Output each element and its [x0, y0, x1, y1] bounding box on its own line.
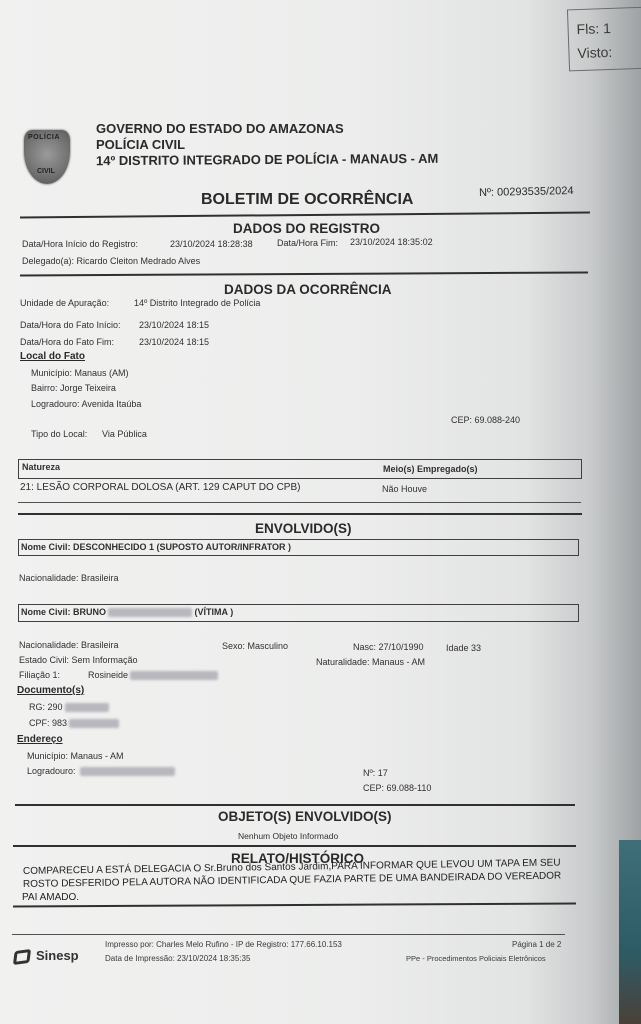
local-fato-heading: Local do Fato	[20, 351, 85, 362]
footer-impresso: Impresso por: Charles Melo Rufino - IP d…	[105, 940, 342, 949]
natureza-header: Natureza	[22, 462, 60, 472]
redacted-rg	[65, 703, 109, 712]
redacted-logradouro	[80, 767, 175, 776]
divider	[18, 502, 581, 503]
endereco-logradouro: Logradouro:	[27, 766, 175, 776]
meio-header: Meio(s) Empregado(s)	[383, 464, 478, 474]
local-logradouro: Logradouro: Avenida Itaúba	[31, 399, 141, 409]
envolvido-2-filiacao-label: Filiação 1:	[19, 670, 60, 680]
registro-delegado: Delegado(a): Ricardo Cleiton Medrado Alv…	[22, 256, 200, 266]
envolvido-1-name: Nome Civil: DESCONHECIDO 1 (SUPOSTO AUTO…	[21, 542, 291, 552]
local-municipio: Município: Manaus (AM)	[31, 368, 129, 378]
fato-inicio-label: Data/Hora do Fato Início:	[20, 320, 121, 330]
background-edge	[619, 840, 641, 1024]
unidade-label: Unidade de Apuração:	[20, 298, 109, 308]
endereco-numero: Nº: 17	[363, 768, 388, 778]
fato-inicio-value: 23/10/2024 18:15	[139, 320, 209, 330]
local-cep: CEP: 69.088-240	[451, 415, 520, 425]
envolvido-1-nacionalidade: Nacionalidade: Brasileira	[19, 573, 119, 583]
page-stamp: Fls: 1 Visto:	[567, 7, 641, 72]
section-title-registro: DADOS DO REGISTRO	[233, 221, 380, 236]
registro-inicio-value: 23/10/2024 18:28:38	[170, 239, 253, 249]
envolvido-2-estado-civil: Estado Civil: Sem Informação	[19, 655, 138, 665]
redacted-cpf	[69, 719, 119, 728]
fato-fim-label: Data/Hora do Fato Fim:	[20, 337, 114, 347]
local-bairro: Bairro: Jorge Teixeira	[31, 383, 116, 393]
divider	[18, 513, 582, 515]
divider	[13, 845, 576, 847]
section-title-envolvidos: ENVOLVIDO(S)	[255, 521, 352, 536]
documento-cpf: CPF: 983	[29, 718, 119, 728]
redacted-filiacao	[130, 671, 218, 680]
objetos-value: Nenhum Objeto Informado	[238, 831, 338, 841]
registro-fim-value: 23/10/2024 18:35:02	[350, 237, 433, 247]
footer-divider	[12, 934, 565, 935]
footer-pagina: Página 1 de 2	[512, 940, 561, 949]
document-title: BOLETIM DE OCORRÊNCIA	[201, 191, 413, 209]
envolvido-2-name: Nome Civil: BRUNO (VÍTIMA )	[21, 607, 233, 617]
document-number: Nº: 00293535/2024	[479, 185, 574, 199]
natureza-value: 21: LESÃO CORPORAL DOLOSA (ART. 129 CAPU…	[20, 482, 300, 493]
section-title-ocorrencia: DADOS DA OCORRÊNCIA	[224, 282, 392, 297]
redacted-surname	[108, 608, 192, 617]
footer-data-impressao: Data de Impressão: 23/10/2024 18:35:35	[105, 954, 250, 963]
tipo-local-label: Tipo do Local:	[31, 429, 87, 439]
envolvido-2-nasc: Nasc: 27/10/1990	[353, 642, 424, 652]
header-government: GOVERNO DO ESTADO DO AMAZONAS	[96, 121, 344, 136]
unidade-value: 14º Distrito Integrado de Polícia	[134, 298, 260, 308]
fato-fim-value: 23/10/2024 18:15	[139, 337, 209, 347]
endereco-municipio: Município: Manaus - AM	[27, 751, 124, 761]
envolvido-2-sexo: Sexo: Masculino	[222, 641, 288, 651]
header-agency: POLÍCIA CIVIL	[96, 137, 185, 152]
fls-label: Fls: 1	[576, 20, 611, 37]
tipo-local-value: Via Pública	[102, 429, 147, 439]
registro-inicio-label: Data/Hora Início do Registro:	[22, 239, 138, 249]
envolvido-1-name-box: Nome Civil: DESCONHECIDO 1 (SUPOSTO AUTO…	[18, 539, 579, 556]
documentos-heading: Documento(s)	[17, 685, 84, 696]
envolvido-2-nacionalidade: Nacionalidade: Brasileira	[19, 640, 119, 650]
meio-value: Não Houve	[382, 484, 427, 494]
natureza-header-box: Natureza Meio(s) Empregado(s)	[18, 459, 582, 479]
relato-line-3: PAI AMADO.	[22, 892, 79, 903]
registro-fim-label: Data/Hora Fim:	[277, 238, 338, 248]
documento-rg: RG: 290	[29, 702, 109, 712]
envolvido-2-naturalidade: Naturalidade: Manaus - AM	[316, 657, 425, 667]
footer-sistema: PPe - Procedimentos Policiais Eletrônico…	[406, 954, 546, 963]
visto-label: Visto:	[577, 44, 612, 61]
envolvido-2-idade: Idade 33	[446, 643, 481, 653]
section-title-objetos: OBJETO(S) ENVOLVIDO(S)	[218, 809, 392, 824]
endereco-cep: CEP: 69.088-110	[363, 783, 431, 793]
envolvido-2-filiacao: Rosineide	[88, 670, 218, 680]
sinesp-logo: Sinesp	[36, 948, 79, 963]
divider	[15, 804, 575, 806]
header-district: 14º DISTRITO INTEGRADO DE POLÍCIA - MANA…	[96, 151, 438, 168]
envolvido-2-name-box: Nome Civil: BRUNO (VÍTIMA )	[18, 604, 579, 622]
endereco-heading: Endereço	[17, 734, 63, 745]
